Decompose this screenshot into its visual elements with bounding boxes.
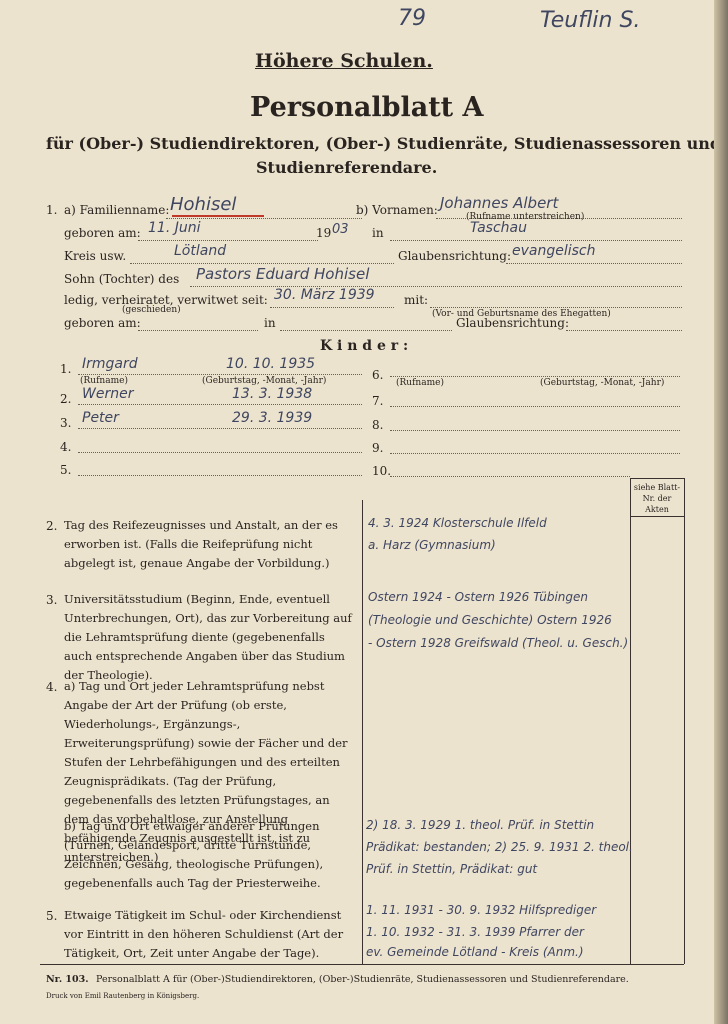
section4-answer-line: Prüf. in Stettin, Prädikat: gut [366, 862, 537, 876]
geboren-in-label: in [372, 226, 384, 240]
section5-answer-line: ev. Gemeinde Lötland - Kreis (Anm.) [366, 945, 584, 959]
dotline [130, 263, 394, 264]
section2-number: 2. [46, 519, 57, 533]
kreis-value: Lötland [174, 243, 226, 259]
col-rufname: (Rufname) [396, 378, 444, 388]
dotline [280, 330, 452, 331]
dotline [78, 374, 362, 375]
familienname-label: a) Familienname: [64, 203, 169, 217]
vornamen-value: Johannes Albert [440, 194, 558, 212]
dotline [390, 430, 680, 431]
kind-name: Peter [82, 410, 119, 426]
kind-num: 9. [372, 441, 383, 455]
section5-answer-line: 1. 10. 1932 - 31. 3. 1939 Pfarrer der [366, 925, 584, 939]
dotline [78, 452, 362, 453]
kind-num: 2. [60, 392, 71, 406]
subtitle-line2: Studienreferendare. [256, 158, 437, 177]
sohn-value: Pastors Eduard Hohisel [196, 265, 369, 283]
kinder-heading: K i n d e r : [320, 338, 408, 354]
familienname-value: Hohisel [170, 194, 236, 215]
mit-label: mit: [404, 293, 428, 307]
kind-name: Werner [82, 386, 133, 402]
section2-answer-line: 4. 3. 1924 Klosterschule Ilfeld [368, 516, 547, 530]
kind-num: 10. [372, 464, 391, 478]
vornamen-label: b) Vornamen: [356, 203, 438, 217]
dotline [390, 476, 630, 477]
glaubens-value: evangelisch [512, 243, 596, 259]
gatte-geboren-label: geboren am: [64, 316, 141, 330]
glaubens-label: Glaubensrichtung: [398, 249, 511, 263]
section3-number: 3. [46, 593, 57, 607]
dotline [78, 404, 362, 405]
kind-date: 29. 3. 1939 [232, 410, 312, 426]
row-divider [630, 516, 684, 517]
section4b-text: b) Tag und Ort etwaiger anderer Prüfunge… [64, 817, 356, 893]
page-edge-shadow [714, 0, 728, 1024]
kind-num: 5. [60, 463, 71, 477]
section3-answer-line: (Theologie und Geschichte) Ostern 1926 [368, 613, 612, 627]
row-divider [40, 964, 684, 965]
kreis-label: Kreis usw. [64, 249, 126, 263]
dotline [78, 475, 362, 476]
section5-answer-line: 1. 11. 1931 - 30. 9. 1932 Hilfsprediger [366, 903, 596, 917]
kind-num: 8. [372, 418, 383, 432]
document-page: 79 Teuflin S. Höhere Schulen. Personalbl… [0, 0, 714, 1024]
dotline [138, 330, 258, 331]
section4-number: 4. [46, 680, 57, 694]
dotline [566, 330, 682, 331]
kind-name: Irmgard [82, 356, 138, 372]
column-divider [684, 478, 685, 964]
dotline [166, 218, 362, 219]
dotline [506, 263, 682, 264]
red-underline [172, 215, 264, 217]
page-title: Personalblatt A [250, 92, 484, 123]
geboren-year: 03 [332, 222, 349, 237]
familienstand-note: (geschieden) [122, 305, 181, 315]
row-divider [630, 478, 684, 479]
dotline [390, 376, 680, 377]
kind-num: 6. [372, 368, 383, 382]
dotline [390, 240, 682, 241]
geboren-in-value: Taschau [470, 220, 527, 236]
archive-name: Teuflin S. [540, 8, 640, 33]
kind-date: 13. 3. 1938 [232, 386, 312, 402]
kind-num: 7. [372, 394, 383, 408]
section3-text: Universitätsstudium (Beginn, Ende, event… [64, 590, 356, 685]
section2-text: Tag des Reifezeugnisses und Anstalt, an … [64, 516, 356, 573]
printer-imprint: Druck von Emil Rautenberg in Königsberg. [46, 992, 199, 1000]
archive-number: 79 [398, 6, 426, 31]
col-geburtstag: (Geburtstag, -Monat, -Jahr) [202, 376, 326, 386]
section5-number: 5. [46, 909, 57, 923]
sohn-label: Sohn (Tochter) des [64, 272, 179, 286]
section2-answer-line: a. Harz (Gymnasium) [368, 538, 496, 552]
familienstand-value: 30. März 1939 [274, 287, 375, 303]
dotline [390, 453, 680, 454]
kind-date: 10. 10. 1935 [226, 356, 315, 372]
geboren-day: 11. Juni [148, 220, 200, 236]
dotline [390, 406, 680, 407]
column-divider [630, 478, 631, 964]
heading: Höhere Schulen. [255, 50, 433, 72]
col-rufname: (Rufname) [80, 376, 128, 386]
form-text: Personalblatt A für (Ober-)Studiendirekt… [96, 974, 629, 985]
dotline [190, 286, 682, 287]
section3-answer-line: - Ostern 1928 Greifswald (Theol. u. Gesc… [368, 636, 628, 650]
geboren-year-prefix: 19 [316, 226, 331, 240]
col-geburtstag: (Geburtstag, -Monat, -Jahr) [540, 378, 664, 388]
gatte-in-label: in [264, 316, 276, 330]
kind-num: 4. [60, 440, 71, 454]
geboren-label: geboren am: [64, 226, 141, 240]
section1-number: 1. [46, 203, 57, 217]
dotline [78, 428, 362, 429]
section5-text: Etwaige Tätigkeit im Schul- oder Kirchen… [64, 906, 356, 963]
dotline [138, 240, 318, 241]
subtitle-line1: für (Ober-) Studiendirektoren, (Ober-) S… [46, 134, 721, 153]
section3-answer-line: Ostern 1924 - Ostern 1926 Tübingen [368, 590, 588, 604]
kind-num: 1. [60, 362, 71, 376]
section4-answer-line: 2) 18. 3. 1929 1. theol. Prüf. in Stetti… [366, 818, 594, 832]
form-number: Nr. 103. [46, 974, 89, 985]
section4-answer-line: Prädikat: bestanden; 2) 25. 9. 1931 2. t… [366, 840, 633, 854]
kind-num: 3. [60, 416, 71, 430]
dotline [430, 307, 682, 308]
side-column-header: siehe Blatt-Nr. der Akten [633, 482, 681, 515]
column-divider [362, 500, 363, 964]
gatte-glaubens-label: Glaubensrichtung: [456, 316, 569, 330]
dotline [270, 307, 394, 308]
